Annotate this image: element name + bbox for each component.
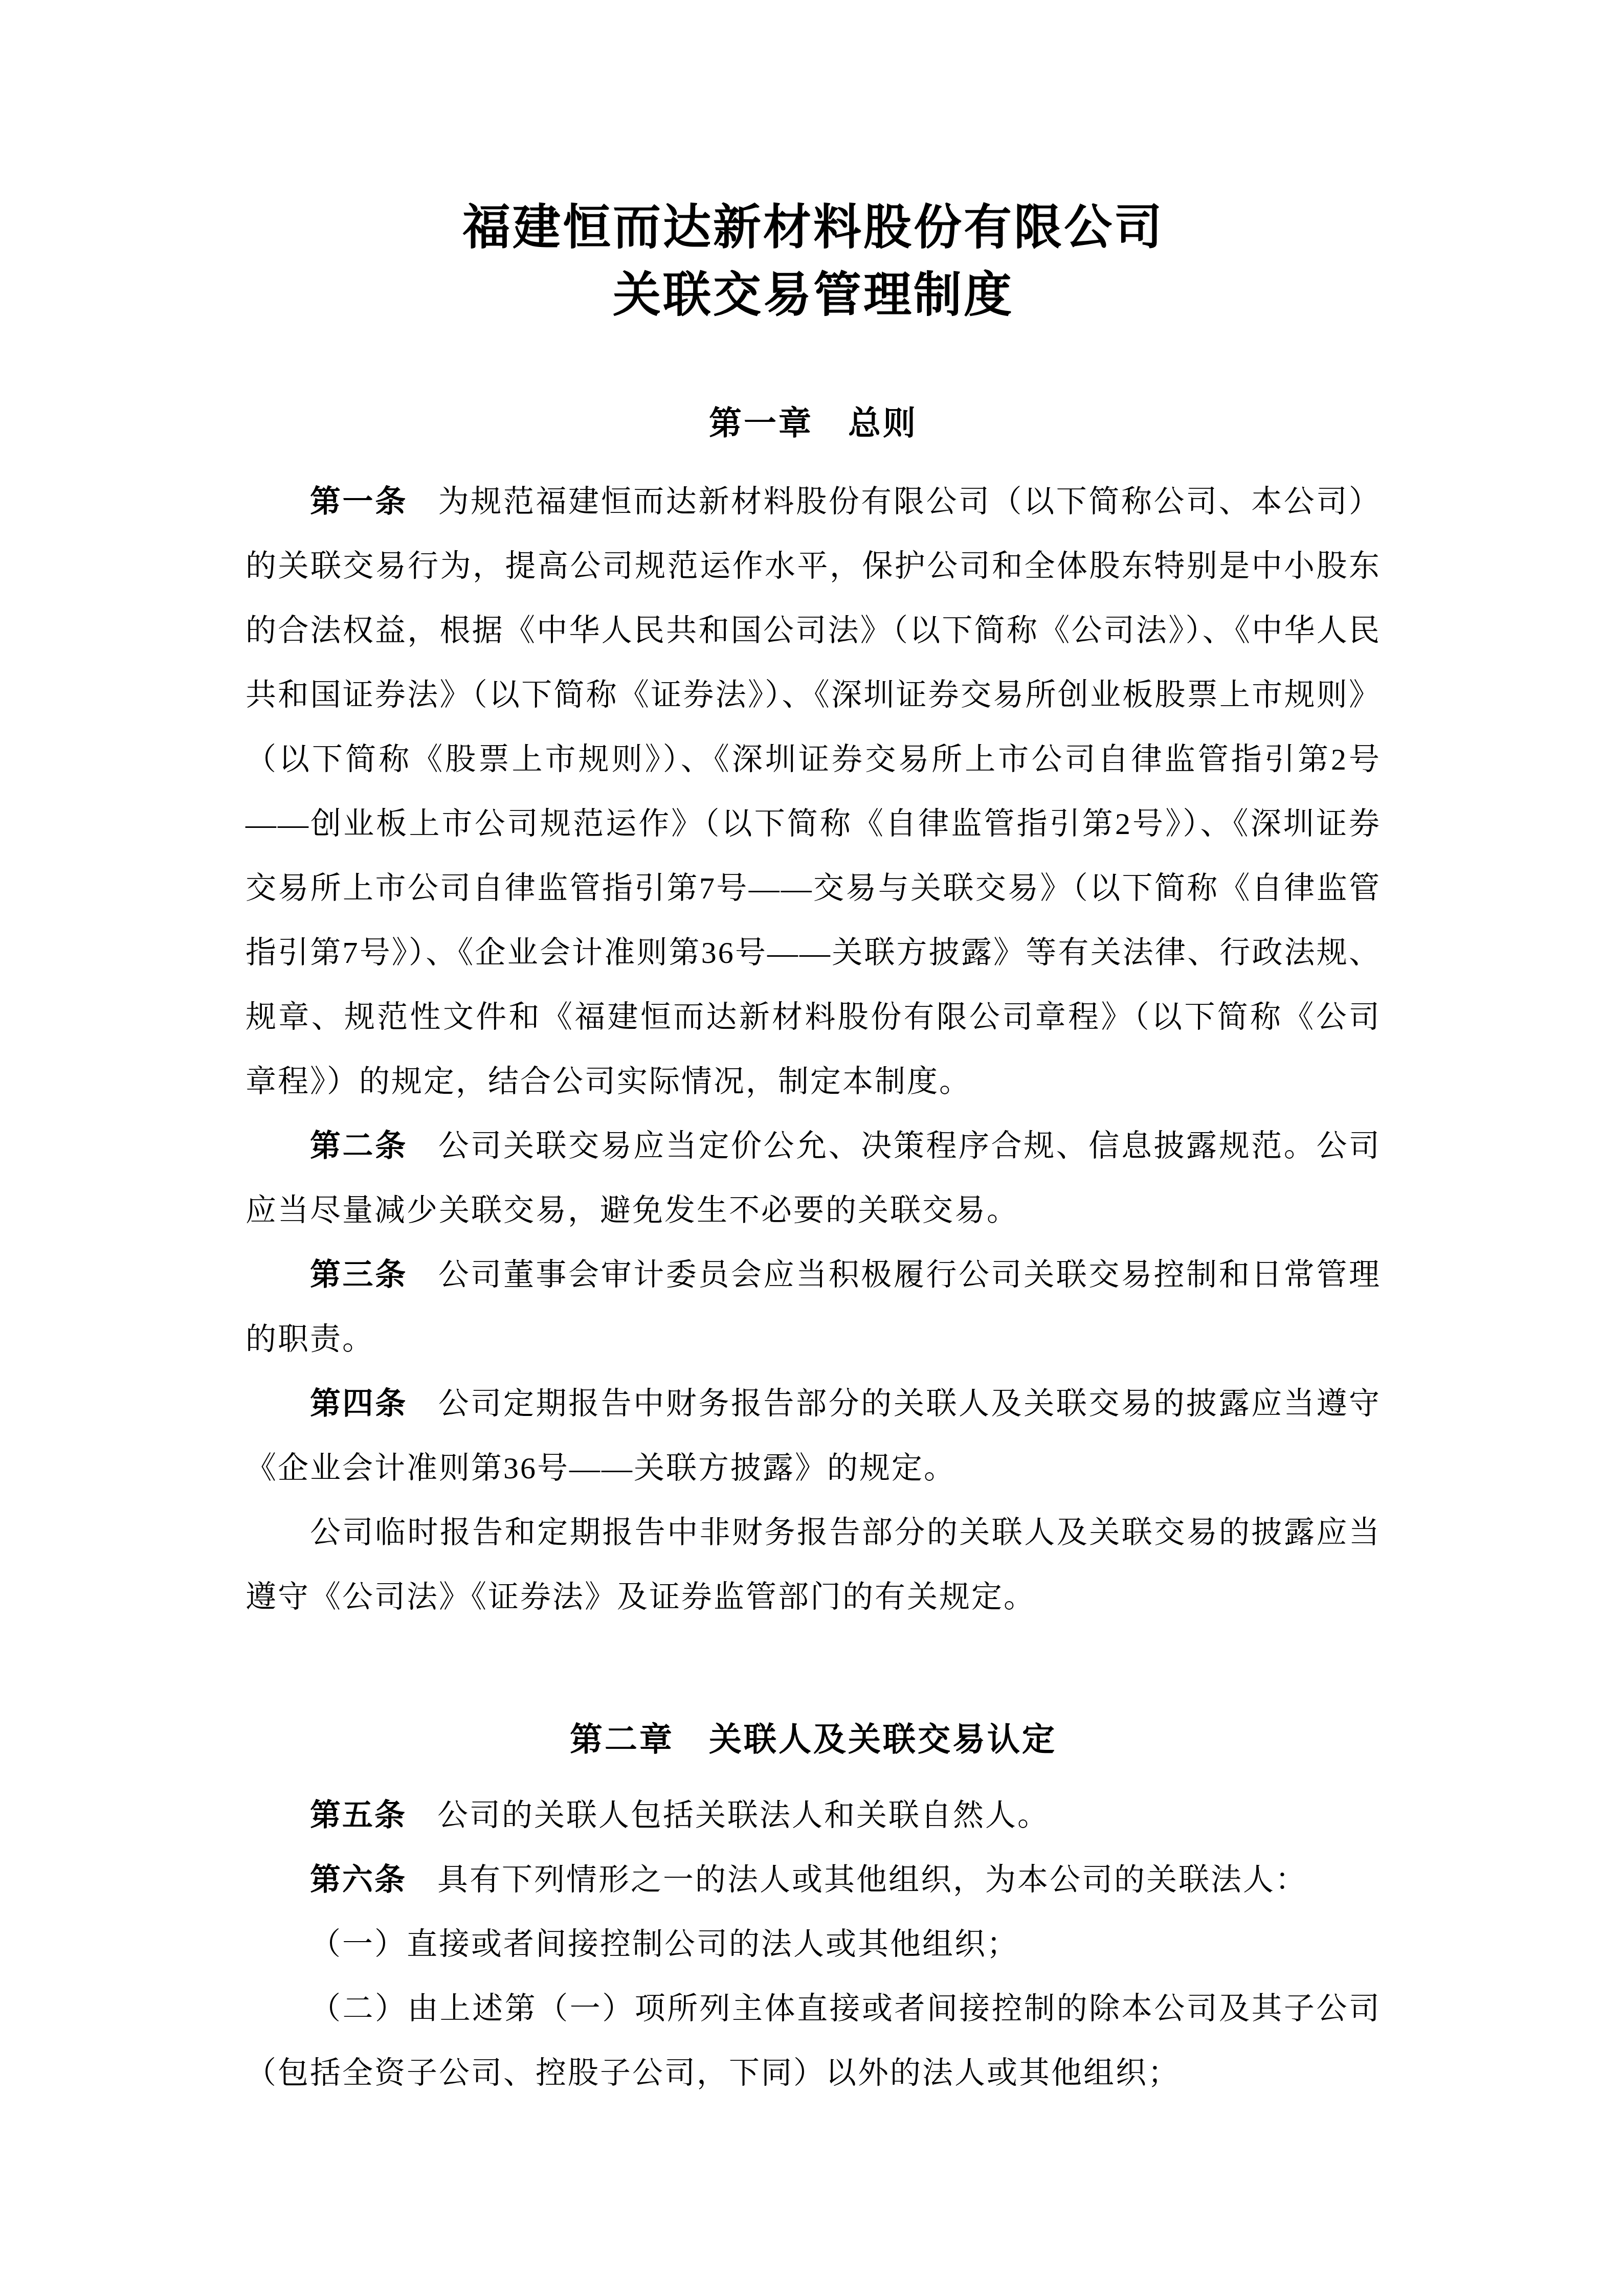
document-page: 福建恒而达新材料股份有限公司 关联交易管理制度 第一章 总则第一条为规范福建恒而… (0, 0, 1624, 2296)
article-paragraph: 第六条具有下列情形之一的法人或其他组织，为本公司的关联法人： (246, 1848, 1381, 1912)
article-paragraph: 第二条公司关联交易应当定价公允、决策程序合规、信息披露规范。公司应当尽量减少关联… (246, 1114, 1381, 1243)
chapter-heading: 第二章 关联人及关联交易认定 (246, 1707, 1381, 1772)
document-title: 福建恒而达新材料股份有限公司 关联交易管理制度 (246, 194, 1381, 329)
paragraph-text: （一）直接或者间接控制公司的法人或其他组织； (310, 1927, 1019, 1961)
paragraph-text: （二）由上述第（一）项所列主体直接或者间接控制的除本公司及其子公司（包括全资子公… (246, 1992, 1381, 2090)
document-content: 福建恒而达新材料股份有限公司 关联交易管理制度 第一章 总则第一条为规范福建恒而… (246, 0, 1381, 2105)
paragraph-text: 公司关联交易应当定价公允、决策程序合规、信息披露规范。公司应当尽量减少关联交易，… (246, 1129, 1381, 1227)
paragraph-text: 公司临时报告和定期报告中非财务报告部分的关联人及关联交易的披露应当遵守《公司法》… (246, 1516, 1381, 1614)
continuation-paragraph: 公司临时报告和定期报告中非财务报告部分的关联人及关联交易的披露应当遵守《公司法》… (246, 1500, 1381, 1629)
document-title-line2: 关联交易管理制度 (246, 262, 1381, 329)
paragraph-text: 具有下列情形之一的法人或其他组织，为本公司的关联法人： (437, 1863, 1307, 1897)
chapter-section: 第二章 关联人及关联交易认定第五条公司的关联人包括关联法人和关联自然人。第六条具… (246, 1707, 1381, 2105)
item-paragraph: （二）由上述第（一）项所列主体直接或者间接控制的除本公司及其子公司（包括全资子公… (246, 1976, 1381, 2105)
paragraph-text: 公司定期报告中财务报告部分的关联人及关联交易的披露应当遵守《企业会计准则第36号… (246, 1387, 1381, 1485)
article-number-label: 第四条 (310, 1387, 408, 1421)
document-title-line1: 福建恒而达新材料股份有限公司 (246, 194, 1381, 262)
article-number-label: 第五条 (310, 1798, 407, 1832)
item-paragraph: （一）直接或者间接控制公司的法人或其他组织； (246, 1912, 1381, 1976)
article-paragraph: 第五条公司的关联人包括关联法人和关联自然人。 (246, 1783, 1381, 1848)
paragraph-text: 公司的关联人包括关联法人和关联自然人。 (437, 1798, 1050, 1832)
article-number-label: 第三条 (310, 1258, 408, 1292)
paragraph-text: 为规范福建恒而达新材料股份有限公司（以下简称公司、本公司）的关联交易行为，提高公… (246, 485, 1381, 1098)
chapters-container: 第一章 总则第一条为规范福建恒而达新材料股份有限公司（以下简称公司、本公司）的关… (246, 391, 1381, 2105)
article-number-label: 第六条 (310, 1863, 407, 1897)
article-paragraph: 第一条为规范福建恒而达新材料股份有限公司（以下简称公司、本公司）的关联交易行为，… (246, 469, 1381, 1114)
article-paragraph: 第三条公司董事会审计委员会应当积极履行公司关联交易控制和日常管理的职责。 (246, 1243, 1381, 1371)
article-number-label: 第一条 (310, 485, 408, 519)
article-paragraph: 第四条公司定期报告中财务报告部分的关联人及关联交易的披露应当遵守《企业会计准则第… (246, 1371, 1381, 1500)
paragraph-text: 公司董事会审计委员会应当积极履行公司关联交易控制和日常管理的职责。 (246, 1258, 1381, 1356)
chapter-heading: 第一章 总则 (246, 391, 1381, 456)
chapter-section: 第一章 总则第一条为规范福建恒而达新材料股份有限公司（以下简称公司、本公司）的关… (246, 391, 1381, 1629)
article-number-label: 第二条 (310, 1129, 408, 1163)
